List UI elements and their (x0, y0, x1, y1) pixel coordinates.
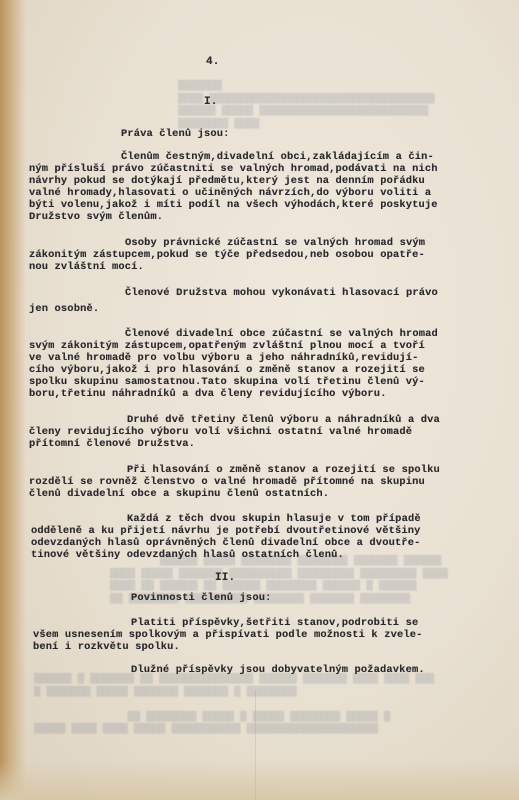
show-through-text-bottom: ▇▇▇▇▇▇ ▇ ▇▇▇▇▇▇▇ ▇▇ ▇▇▇▇▇▇▇▇▇▇▇▇▇▇▇ ▇▇▇▇… (34, 673, 434, 736)
text-line: Družstvo svým členům. (29, 211, 163, 224)
text-line: Druhé dvě třetiny členů výboru a náhradn… (127, 414, 440, 427)
text-line: býti volenu,jakož i míti podíl na všech … (29, 199, 438, 212)
text-line: Členům čestným,divadelní obci,zakládajíc… (121, 151, 434, 164)
text-line: svým zákonitým zástupcem,opatřeným zvláš… (29, 340, 425, 353)
page-edge-shadow (0, 0, 26, 800)
text-line: rozdělí se rovněž členstvo o valné hroma… (29, 476, 425, 489)
text-line: ným přísluší právo zúčastniti se valných… (29, 163, 438, 176)
text-line: bení i rozkvětu spolku. (33, 641, 180, 654)
text-line: návrhy pokud se dotýkají předmětu,který … (29, 175, 425, 188)
text-line: valné hromady,hlasovati o učiněných návr… (29, 187, 431, 200)
text-line: jen osobně. (29, 303, 99, 316)
text-line: nou zvláštní mocí. (29, 261, 144, 274)
page-number: 4. (206, 56, 220, 69)
text-line: přítomní členové Družstva. (29, 438, 195, 451)
text-line: odevzdaných hlasů oprávněných členů diva… (31, 537, 421, 550)
text-line: boru,třetinu náhradníků a dva členy revi… (29, 388, 387, 401)
text-line: členů divadelní obce a skupinu členů ost… (29, 488, 329, 501)
section-numeral-1: I. (204, 96, 218, 109)
section-heading-rights: Práva členů jsou: (121, 128, 230, 141)
text-line: Členové divadelní obce zúčastní se valný… (125, 328, 438, 341)
text-line: Dlužné příspěvky jsou dobyvatelným požad… (131, 664, 425, 677)
text-line: Osoby právnické zúčastní se valných hrom… (125, 237, 425, 250)
text-line: všem usnesením spolkovým a přispívati po… (33, 629, 423, 642)
text-line: odděleně a ku přijetí návrhu je potřebí … (31, 525, 421, 538)
text-line: Platiti příspěvky,šetřiti stanov,podrobi… (131, 617, 418, 630)
text-line: cího výboru,jakož i pro hlasování o změn… (29, 364, 425, 377)
text-line: Členové Družstva mohou vykonávati hlasov… (125, 287, 438, 300)
text-line: členy revidujícího výboru volí všichni o… (29, 426, 412, 439)
text-line: ve valné hromadě pro volbu výboru a jeho… (29, 352, 419, 365)
text-line: spolku skupinu samostatnou.Tato skupina … (29, 376, 425, 389)
document-page: ▇▇▇▇▇▇▇ ▇▇▇▇ ▇▇▇▇▇▇▇▇▇▇▇▇▇▇▇▇▇▇▇▇▇▇▇▇▇▇▇… (0, 0, 519, 800)
section-numeral-2: II. (215, 572, 235, 585)
page-bottom-shadow (0, 760, 519, 800)
text-line: Každá z těch dvou skupin hlasuje v tom p… (127, 513, 421, 526)
text-line: Při hlasování o změně stanov a rozejití … (127, 464, 440, 477)
text-line: zákonitým zástupcem,pokud se týče předse… (29, 249, 425, 262)
section-heading-duties: Povinnosti členů jsou: (131, 592, 271, 605)
text-line: tinové většiny odevzdaných hlasů ostatní… (31, 549, 344, 562)
